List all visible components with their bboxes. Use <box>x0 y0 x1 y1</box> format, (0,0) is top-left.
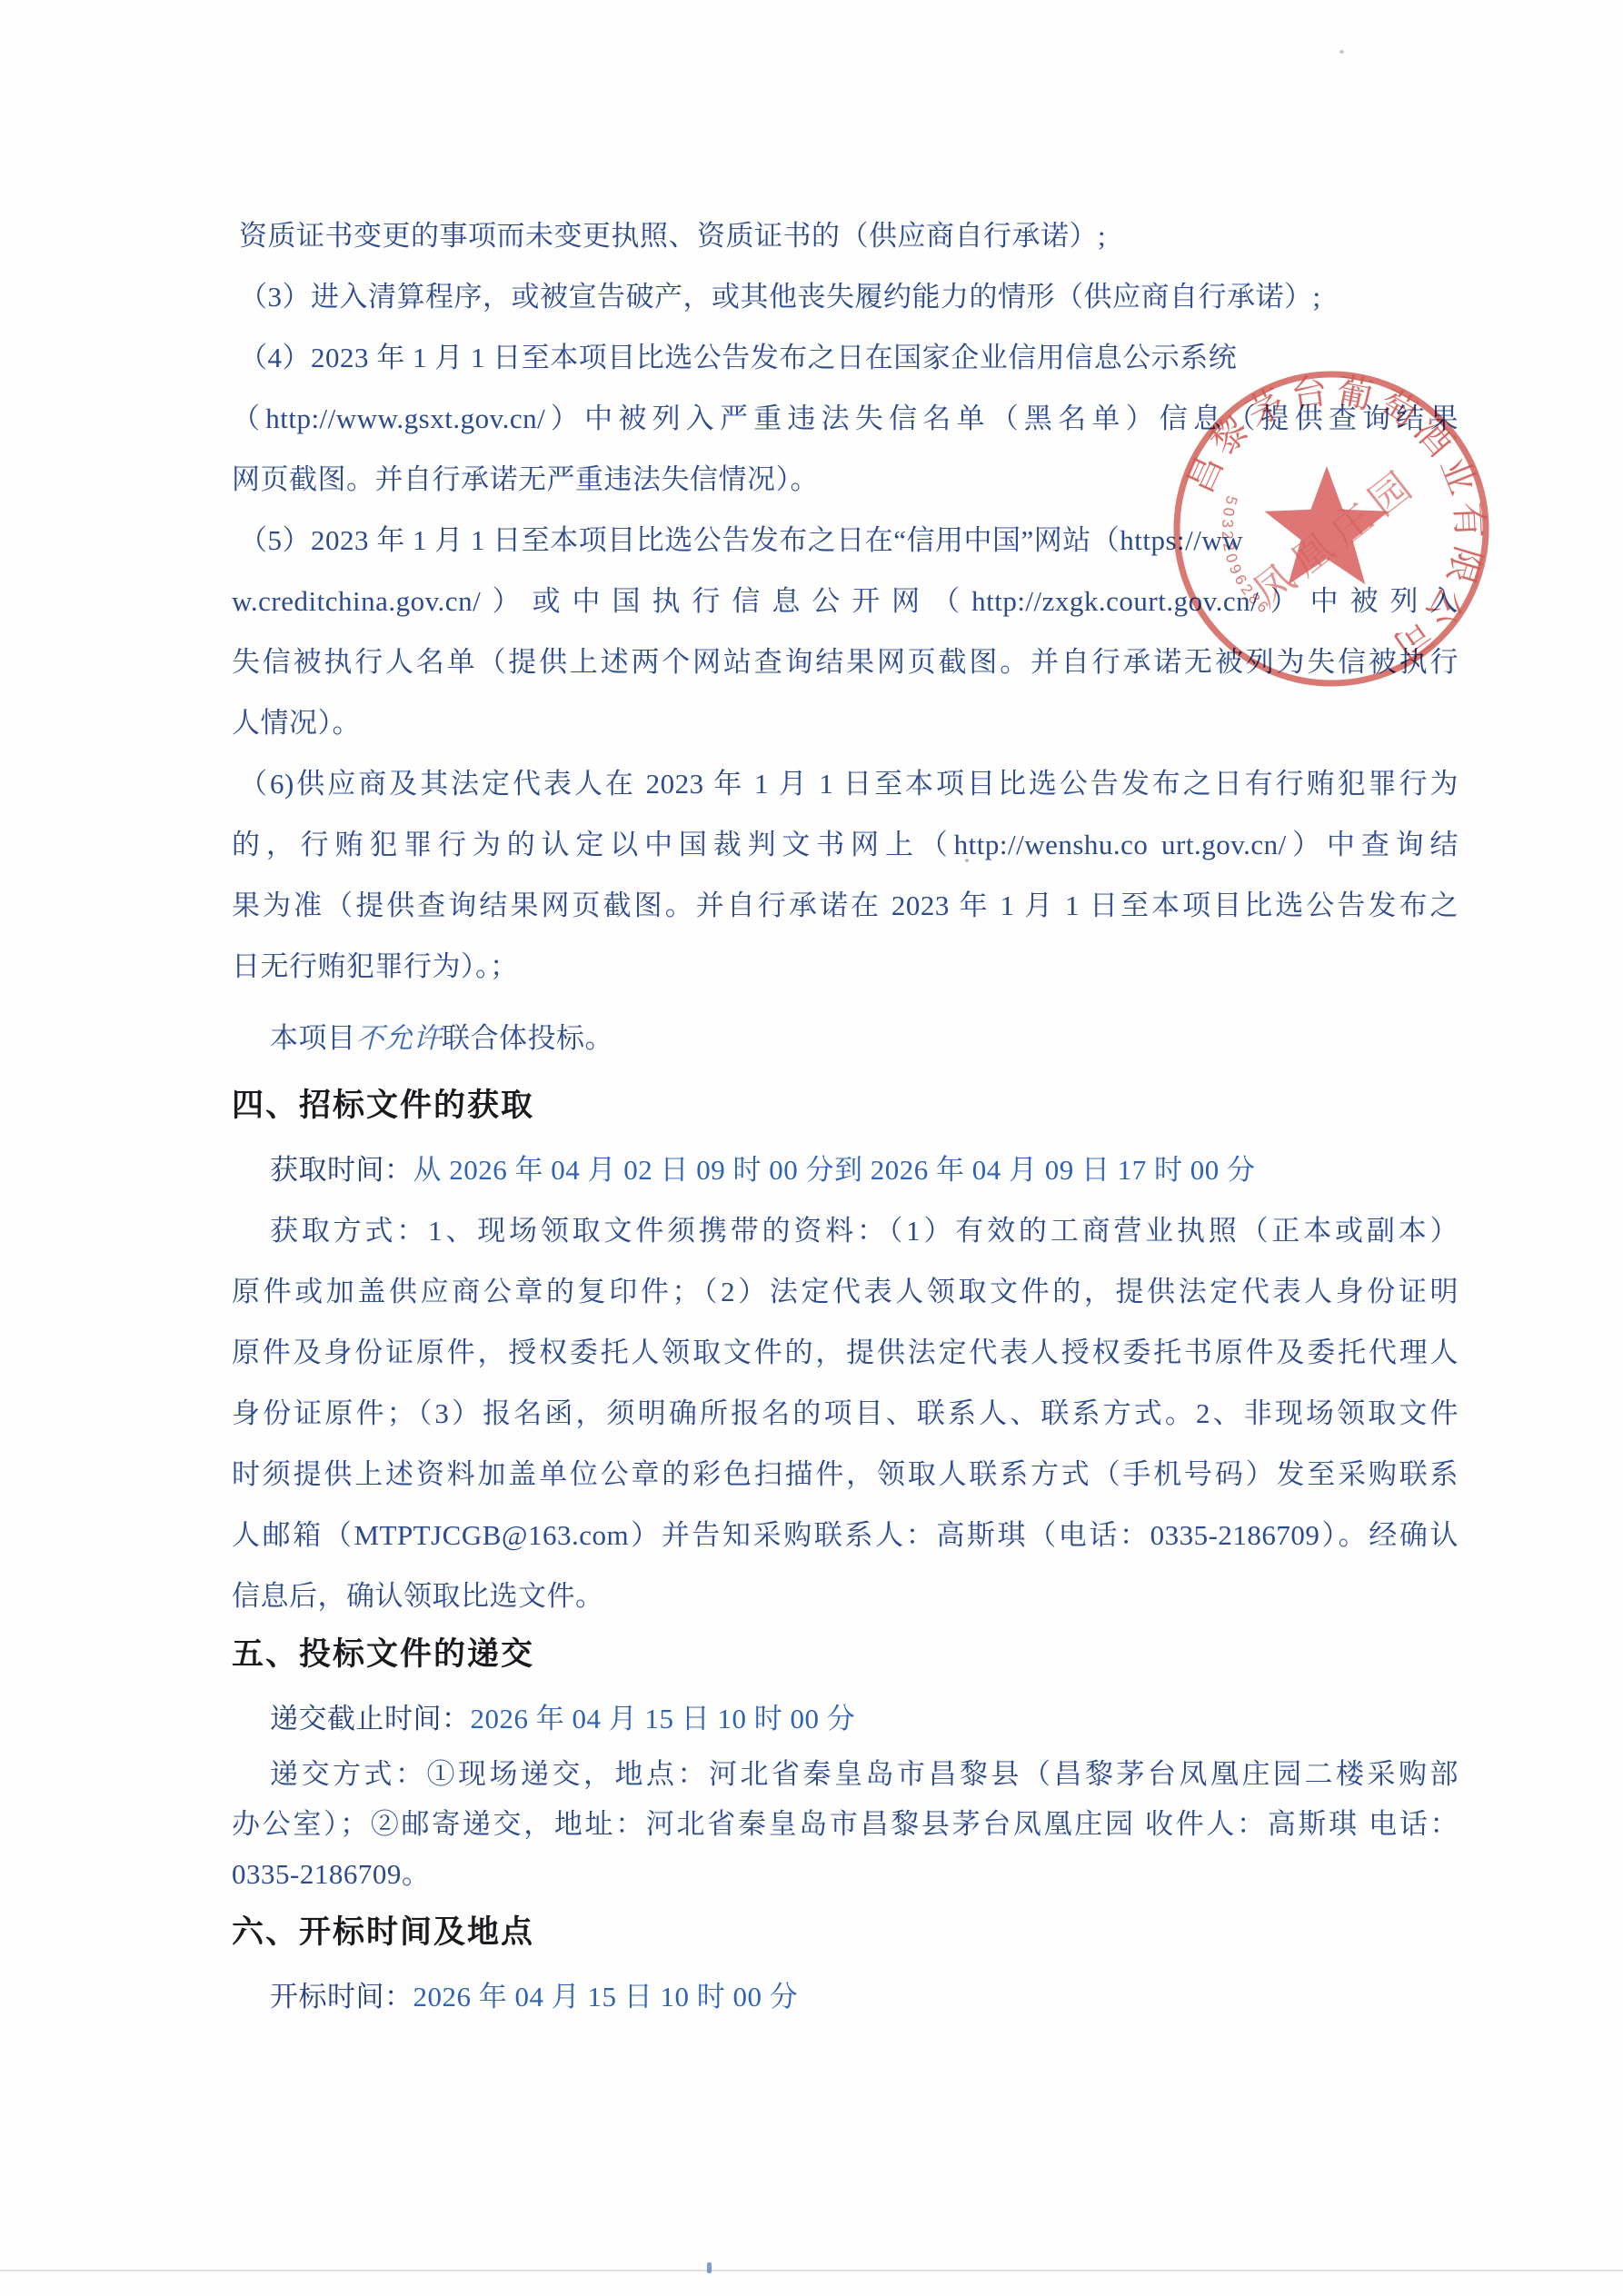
clause-4-line: （4）2023 年 1 月 1 日至本项目比选公告发布之日在国家企业信用信息公示… <box>232 327 1459 388</box>
clause-5-line: 失信被执行人名单（提供上述两个网站查询结果网页截图。并自行承诺无被列为失信被执行 <box>232 631 1459 692</box>
scan-page-edge-line <box>0 2270 1623 2271</box>
obtain-time-label: 获取时间： <box>270 1154 413 1186</box>
obtain-method-line: 时须提供上述资料加盖单位公章的彩色扫描件，领取人联系方式（手机号码）发至采购联系 <box>232 1444 1459 1505</box>
section-heading-bid-opening: 六、开标时间及地点 <box>232 1899 1459 1966</box>
obtain-method-line: 获取方式：1、现场领取文件须携带的资料：（1）有效的工商营业执照（正本或副本） <box>232 1200 1459 1261</box>
obtain-method-line: 原件或加盖供应商公章的复印件；（2）法定代表人领取文件的，提供法定代表人身份证明 <box>232 1261 1459 1322</box>
scan-speck <box>965 859 969 862</box>
clause-4-line: （http://www.gsxt.gov.cn/）中被列入严重违法失信名单（黑名… <box>232 388 1459 449</box>
obtain-time-line: 获取时间：从 2026 年 04 月 02 日 09 时 00 分到 2026 … <box>232 1139 1459 1200</box>
section-heading-document-obtain: 四、招标文件的获取 <box>232 1072 1459 1139</box>
clause-5-line: w.creditchina.gov.cn/）或中国执行信息公开网（http://… <box>232 571 1459 631</box>
opening-time-label: 开标时间： <box>270 1981 413 2013</box>
clause-4-line: 网页截图。并自行承诺无严重违法失信情况）。 <box>232 449 1459 510</box>
scan-speck <box>707 2262 712 2273</box>
scan-speck <box>1339 50 1344 54</box>
obtain-method-line: 信息后，确认领取比选文件。 <box>232 1565 1459 1626</box>
consortium-statement: 本项目不允许联合体投标。 <box>232 1008 1459 1068</box>
clause-5-line: 人情况）。 <box>232 692 1459 753</box>
clause-5-line: （5）2023 年 1 月 1 日至本项目比选公告发布之日在“信用中国”网站（h… <box>232 510 1459 571</box>
opening-time-line: 开标时间：2026 年 04 月 15 日 10 时 00 分 <box>232 1966 1459 2027</box>
consortium-pre: 本项目 <box>270 1022 356 1054</box>
document-body: 资质证书变更的事项而未变更执照、资质证书的（供应商自行承诺）; （3）进入清算程… <box>232 205 1459 2027</box>
submission-method-line: 0335-2186709。 <box>232 1849 1459 1899</box>
consortium-post: 联合体投标。 <box>442 1022 613 1054</box>
clause-6-line: 的，行贿犯罪行为的认定以中国裁判文书网上（http://wenshu.co ur… <box>232 814 1459 875</box>
submission-method-line: 办公室）；②邮寄递交，地址：河北省秦皇岛市昌黎县茅台凤凰庄园 收件人：高斯琪 电… <box>232 1799 1459 1849</box>
section-heading-bid-submission: 五、投标文件的递交 <box>232 1621 1459 1688</box>
opening-time-value: 2026 年 04 月 15 日 10 时 00 分 <box>413 1981 799 2013</box>
consortium-emphasis: 不允许 <box>356 1022 443 1054</box>
obtain-method-line: 身份证原件；（3）报名函，须明确所报名的项目、联系人、联系方式。2、非现场领取文… <box>232 1383 1459 1444</box>
clause-line: 资质证书变更的事项而未变更执照、资质证书的（供应商自行承诺）; <box>232 205 1459 266</box>
submission-method-line: 递交方式：①现场递交，地点：河北省秦皇岛市昌黎县（昌黎茅台凤凰庄园二楼采购部 <box>232 1749 1459 1799</box>
submission-deadline-label: 递交截止时间： <box>270 1703 471 1734</box>
submission-deadline-line: 递交截止时间：2026 年 04 月 15 日 10 时 00 分 <box>232 1688 1459 1749</box>
clause-3-line: （3）进入清算程序，或被宣告破产，或其他丧失履约能力的情形（供应商自行承诺）; <box>232 266 1459 327</box>
clause-6-line: （6)供应商及其法定代表人在 2023 年 1 月 1 日至本项目比选公告发布之… <box>232 753 1459 814</box>
submission-deadline-value: 2026 年 04 月 15 日 10 时 00 分 <box>471 1703 856 1734</box>
clause-6-line: 日无行贿犯罪行为）。； <box>232 936 1459 997</box>
obtain-method-line: 人邮箱（MTPTJCGB@163.com）并告知采购联系人：高斯琪（电话：033… <box>232 1505 1459 1565</box>
document-page: 资质证书变更的事项而未变更执照、资质证书的（供应商自行承诺）; （3）进入清算程… <box>0 0 1623 2296</box>
obtain-time-value: 从 2026 年 04 月 02 日 09 时 00 分到 2026 年 04 … <box>413 1154 1256 1186</box>
obtain-method-line: 原件及身份证原件，授权委托人领取文件的，提供法定代表人授权委托书原件及委托代理人 <box>232 1322 1459 1383</box>
clause-6-line: 果为准（提供查询结果网页截图。并自行承诺在 2023 年 1 月 1 日至本项目… <box>232 875 1459 936</box>
